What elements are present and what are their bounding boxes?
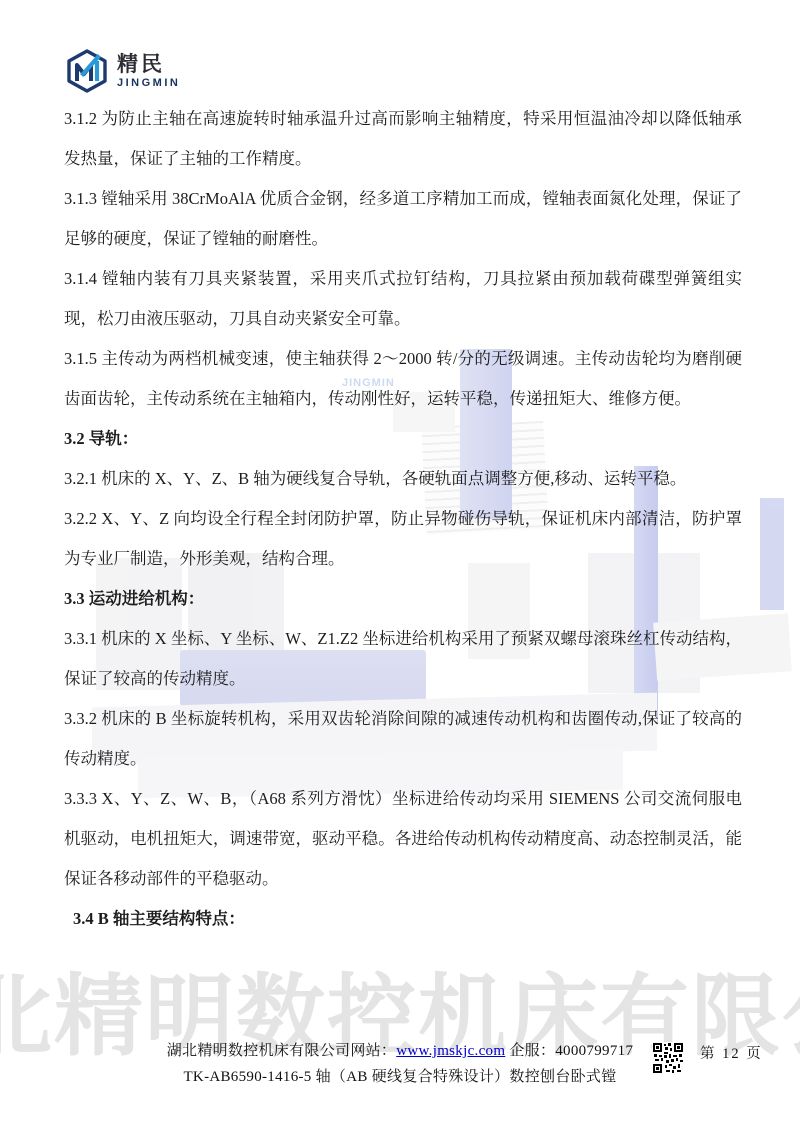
paragraph-3-2-2: 3.2.2 X、Y、Z 向均设全行程全封闭防护罩，防止异物碰伤导轨，保证机床内部… [64, 499, 742, 579]
company-logo: 精民 JINGMIN [64, 48, 180, 94]
paragraph-3-1-5: 3.1.5 主传动为两档机械变速，使主轴获得 2～2000 转/分的无级调速。主… [64, 339, 742, 419]
paragraph-3-1-4: 3.1.4 镗轴内装有刀具夹紧装置，采用夹爪式拉钉结构，刀具拉紧由预加载荷碟型弹… [64, 259, 742, 339]
page-number: 第 12 页 [700, 1042, 763, 1063]
footer-service-text: 企服：4000799717 [505, 1043, 633, 1059]
paragraph-3-1-3: 3.1.3 镗轴采用 38CrMoAlA 优质合金钢，经多道工序精加工而成，镗轴… [64, 179, 742, 259]
paragraph-3-2-1: 3.2.1 机床的 X、Y、Z、B 轴为硬线复合导轨，各硬轨面点调整方便,移动、… [64, 459, 742, 499]
document-body: 3.1.2 为防止主轴在高速旋转时轴承温升过高而影响主轴精度，特采用恒温油冷却以… [64, 99, 742, 939]
section-heading-3-2: 3.2 导轨： [64, 419, 742, 459]
section-heading-3-4: 3.4 B 轴主要结构特点： [64, 899, 742, 939]
logo-chinese-name: 精民 [117, 54, 180, 75]
machine-column-shape [760, 498, 784, 610]
qr-code-icon [652, 1042, 684, 1074]
logo-english-name: JINGMIN [117, 78, 180, 89]
document-page: { "logo": { "cn": "精民", "en": "JINGMIN" … [0, 0, 800, 1131]
logo-hexagon-icon [64, 48, 110, 94]
paragraph-3-3-1: 3.3.1 机床的 X 坐标、Y 坐标、W、Z1.Z2 坐标进给机构采用了预紧双… [64, 619, 742, 699]
logo-wordmark: 精民 JINGMIN [117, 54, 180, 89]
footer-site-link[interactable]: www.jmskjc.com [396, 1043, 505, 1059]
section-heading-3-3: 3.3 运动进给机构： [64, 579, 742, 619]
paragraph-3-3-3: 3.3.3 X、Y、Z、W、B，（A68 系列方滑忱）坐标进给传动均采用 SIE… [64, 779, 742, 899]
paragraph-3-3-2: 3.3.2 机床的 B 坐标旋转机构，采用双齿轮消除间隙的减速传动机构和齿圈传动… [64, 699, 742, 779]
paragraph-3-1-2: 3.1.2 为防止主轴在高速旋转时轴承温升过高而影响主轴精度，特采用恒温油冷却以… [64, 99, 742, 179]
footer-site-label: 湖北精明数控机床有限公司网站： [167, 1043, 397, 1059]
